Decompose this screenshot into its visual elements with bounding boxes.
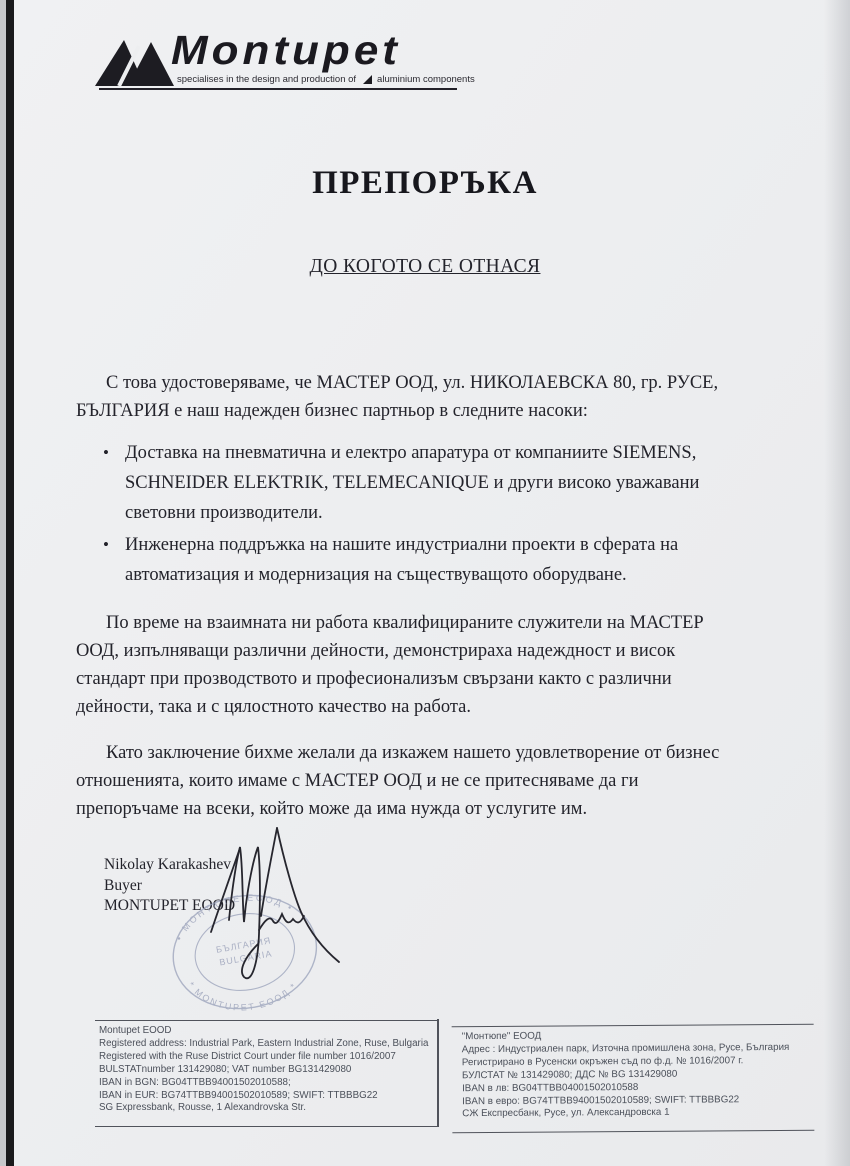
paragraph-conclusion: Като заключение бихме желали да изкажем … (76, 739, 756, 823)
tagline-text-left: specialises in the design and production… (177, 74, 356, 85)
list-item: • Инженерна поддръжка на нашите индустри… (76, 530, 756, 590)
letter-body: С това удостоверяваме, че МАСТЕР ООД, ул… (76, 369, 756, 823)
tagline-text-right: aluminium components (377, 74, 475, 85)
mountain-logo-icon (95, 34, 177, 95)
footer-line: Registered address: Industrial Park, Eas… (99, 1038, 437, 1051)
brand-tagline: specialises in the design and production… (177, 74, 475, 85)
footer-line: BULSTATnumber 131429080; VAT number BG13… (99, 1064, 437, 1077)
footer-line: SG Expressbank, Rousse, 1 Alexandrovska … (99, 1102, 437, 1115)
company-logo: Montupet specialises in the design and p… (95, 32, 463, 94)
scanned-letter-page: Montupet specialises in the design and p… (0, 0, 850, 1166)
bullet-icon: • (103, 438, 125, 528)
footer-line: СЖ Експресбанк, Русе, ул. Александровска… (462, 1106, 814, 1121)
footer-english-block: Montupet EOOD Registered address: Indust… (95, 1020, 437, 1127)
footer-column-divider (437, 1019, 439, 1127)
footer-line: Адрес : Индустриален парк, Източна проми… (462, 1042, 814, 1057)
list-item: • Доставка на пневматична и електро апар… (76, 438, 756, 528)
paragraph-intro: С това удостоверяваме, че МАСТЕР ООД, ул… (76, 369, 756, 425)
signature-scribble (193, 812, 355, 998)
footer-line: Registered with the Ruse District Court … (99, 1051, 437, 1064)
logo-underline (99, 88, 457, 90)
footer-line: Montupet EOOD (99, 1025, 437, 1038)
salutation-line: ДО КОГОТО СЕ ОТНАСЯ (0, 256, 850, 278)
footer-line: IBAN in EUR: BG74TTBB94001502010589; SWI… (99, 1090, 437, 1103)
bullet-icon: • (103, 530, 125, 590)
document-title: ПРЕПОРЪКА (0, 165, 850, 202)
brand-name: Montupet (171, 28, 401, 74)
bullet-list: • Доставка на пневматична и електро апар… (76, 438, 756, 590)
triangle-icon (363, 75, 372, 84)
footer-bulgarian-block: "Монтюпе" ЕООД Адрес : Индустриален парк… (452, 1024, 815, 1134)
footer-line: IBAN in BGN: BG04TTBB94001502010588; (99, 1077, 437, 1090)
paragraph-cooperation: По време на взаимната ни работа квалифиц… (76, 609, 756, 721)
